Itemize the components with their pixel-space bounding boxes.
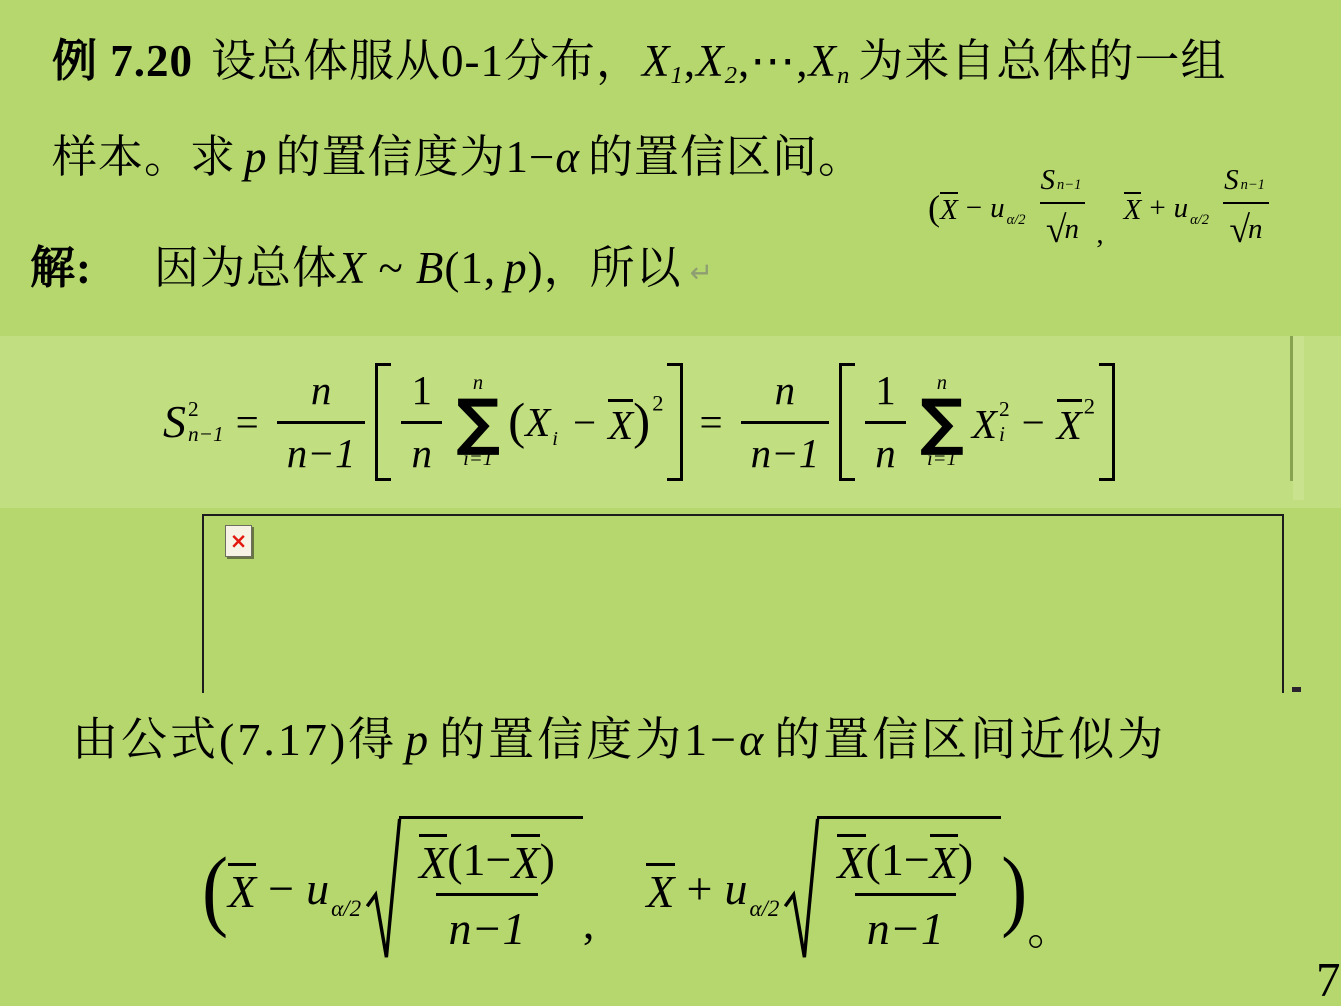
- comma: ,: [796, 36, 808, 86]
- math-sup-2: 2: [652, 393, 663, 416]
- minus-operator: −: [966, 194, 982, 223]
- math-var-u: u: [724, 866, 747, 912]
- fraction-denominator: √n: [1223, 202, 1268, 257]
- math-var-Xbar: X: [930, 834, 958, 886]
- math-sub-n-1: n−1: [188, 424, 224, 445]
- u-alpha-half: uα/2: [990, 194, 1028, 223]
- X-sub-i: Xi: [525, 402, 561, 443]
- close-paren: ): [633, 396, 650, 447]
- radical-sign: √: [1229, 206, 1250, 255]
- line2-text-b: 的置信度为: [276, 132, 506, 182]
- interval-formula-big: ( X − uα/2 X(1−X) n−1 , X + uα/2 X(1−X) …: [202, 816, 1073, 962]
- math-var-X: X: [972, 404, 997, 445]
- fraction-under-root: X(1−X) n−1: [825, 827, 985, 962]
- radical-sign-icon: [366, 816, 402, 962]
- equals-operator: =: [236, 402, 259, 443]
- fraction-denominator: √n: [1040, 202, 1085, 257]
- radicand: X(1−X) n−1: [817, 816, 1001, 962]
- math-var-Xbar: X: [608, 399, 633, 446]
- math-sub-i: i: [552, 429, 558, 450]
- line1-text-c: 为来自总体的一组: [858, 36, 1226, 86]
- line4-text-b: 的置信度为: [439, 714, 684, 765]
- u-alpha-half: uα/2: [306, 866, 364, 912]
- math-var-Xbar: X: [1057, 399, 1082, 446]
- math-var-Xbar: X: [940, 192, 958, 225]
- math-var-alpha: α: [739, 714, 766, 765]
- math-var-n: n: [1065, 211, 1080, 249]
- dash-artifact: [1292, 687, 1301, 692]
- math-var-B: B: [416, 243, 445, 293]
- math-var-Xbar: X: [837, 834, 865, 886]
- band-edge-artifact-light: [1293, 336, 1304, 500]
- fraction-denominator: n: [865, 421, 906, 483]
- math-var-X: X: [525, 402, 550, 443]
- slide-canvas: 例 7.20设总体服从0-1分布，X1,X2,⋯,Xn为来自总体的一组 样本。求…: [0, 0, 1341, 1006]
- fraction-denominator: n−1: [277, 421, 366, 483]
- math-var-u: u: [306, 866, 329, 912]
- right-bracket: [667, 363, 683, 481]
- u-alpha-half: uα/2: [724, 866, 782, 912]
- fraction-numerator: X(1−X): [825, 827, 985, 893]
- math-var-Xbar: X: [646, 863, 674, 915]
- radicand: X(1−X) n−1: [399, 816, 583, 962]
- math-sub-n: n: [837, 62, 850, 89]
- solution-line: 解:因为总体X~B(1,p)，所以↵: [30, 241, 714, 295]
- fraction-denominator: n−1: [436, 893, 537, 962]
- fraction-numerator: X(1−X): [407, 827, 567, 893]
- sup-sub-stack: 2i: [999, 399, 1010, 445]
- problem-statement-line1: 例 7.20设总体服从0-1分布，X1,X2,⋯,Xn为来自总体的一组: [52, 34, 1226, 91]
- fraction-numerator: n: [301, 361, 342, 420]
- line1-text-b: 分布，: [504, 36, 642, 86]
- solve-text-b: ，所以: [544, 243, 682, 293]
- fraction-numerator: n: [765, 361, 806, 420]
- S-squared-n-1: S2n−1: [163, 399, 224, 445]
- left-bracket: [375, 363, 391, 481]
- conclusion-line: 由公式(7.17)得p的置信度为1−α的置信区间近似为: [72, 712, 1166, 767]
- radical-sign: √: [1046, 206, 1067, 255]
- fraction-denominator: n−1: [741, 421, 830, 483]
- radical-sign-icon: [784, 816, 820, 962]
- fraction-denominator: n−1: [855, 893, 956, 962]
- page-number: 7: [1316, 955, 1341, 1004]
- math-var-p: p: [504, 243, 528, 293]
- math-sup-2: 2: [188, 399, 199, 420]
- math-sub-2: 2: [725, 62, 738, 89]
- fraction-S-over-sqrt-n: Sn−1 √n: [1035, 160, 1091, 257]
- solve-label: 解:: [30, 243, 92, 293]
- plus-operator: +: [687, 866, 713, 912]
- math-var-S: S: [1041, 162, 1056, 200]
- math-var-X: X: [642, 36, 671, 86]
- minus-operator: −: [1022, 402, 1045, 443]
- formula-band: S2n−1 = nn−1 1n n∑i=1 ( Xi − X )2 = nn−1…: [0, 336, 1341, 508]
- X-sub-i-squared: X2i: [972, 399, 1010, 445]
- math-var-p: p: [244, 132, 268, 182]
- math-var-X: X: [338, 243, 367, 293]
- solve-text-a: 因为总体: [154, 243, 338, 293]
- line2-text-a: 样本。求: [52, 132, 236, 182]
- missing-image-box[interactable]: ×: [202, 514, 1284, 693]
- math-sub-n-1: n−1: [1241, 176, 1265, 195]
- fraction-numerator: Sn−1: [1218, 160, 1274, 202]
- close-paren: ): [1001, 844, 1027, 934]
- math-sub-alpha-2: α/2: [749, 897, 779, 920]
- tilde-operator: ~: [379, 243, 404, 293]
- math-var-X: X: [809, 36, 838, 86]
- comma: ,: [684, 36, 696, 86]
- ellipsis: ⋯: [750, 36, 796, 86]
- band-edge-artifact-dark: [1290, 336, 1293, 481]
- example-label: 例 7.20: [52, 36, 193, 86]
- open-paren: (: [202, 844, 228, 934]
- equals-operator: =: [699, 402, 722, 443]
- math-var-Xbar: X: [1124, 192, 1142, 225]
- summation: n∑i=1: [456, 372, 500, 471]
- square-root: X(1−X) n−1: [784, 816, 1001, 962]
- math-var-u: u: [1174, 194, 1189, 223]
- line4-text-c: 的置信区间近似为: [774, 714, 1166, 765]
- line2-text-c: 的置信区间。: [588, 132, 864, 182]
- fraction-under-root: X(1−X) n−1: [407, 827, 567, 962]
- red-x-icon: ×: [230, 531, 248, 552]
- math-var-S: S: [163, 399, 186, 445]
- right-bracket: [1099, 363, 1115, 481]
- B-args-close: ): [528, 243, 544, 293]
- paren-one-minus: (1−: [866, 830, 930, 890]
- math-sub-alpha-2: α/2: [1190, 213, 1209, 228]
- math-var-p: p: [405, 714, 431, 765]
- sigma-icon: ∑: [920, 396, 964, 448]
- distribution-name: 0-1: [441, 36, 504, 86]
- math-var-u: u: [990, 194, 1005, 223]
- open-paren: (: [508, 396, 525, 447]
- math-sub-alpha-2: α/2: [331, 897, 361, 920]
- math-sub-n-1: n−1: [1057, 176, 1081, 195]
- sum-lower-limit: i=1: [927, 448, 957, 472]
- sum-lower-limit: i=1: [463, 448, 493, 472]
- math-var-Xbar: X: [511, 834, 539, 886]
- math-sub-1: 1: [671, 62, 684, 89]
- close-paren: ): [540, 830, 555, 890]
- line4-text-a: 由公式(7.17)得: [72, 714, 397, 765]
- math-sup-2: 2: [999, 399, 1010, 420]
- minus-operator: −: [573, 402, 596, 443]
- math-sup-2: 2: [1084, 395, 1095, 418]
- comma: ,: [1096, 220, 1103, 249]
- fraction-n-over-n-1: nn−1: [741, 361, 830, 483]
- comma: ,: [738, 36, 750, 86]
- fraction-numerator: Sn−1: [1035, 160, 1091, 202]
- u-alpha-half: uα/2: [1174, 194, 1212, 223]
- sample-variance-formula: S2n−1 = nn−1 1n n∑i=1 ( Xi − X )2 = nn−1…: [163, 361, 1119, 483]
- problem-statement-line2: 样本。求p的置信度为1−α的置信区间。: [52, 130, 864, 184]
- paren-one-minus: (1−: [447, 830, 511, 890]
- math-sub-i: i: [999, 424, 1005, 445]
- fraction-1-over-n: 1n: [865, 361, 906, 483]
- fraction-numerator: 1: [865, 361, 906, 420]
- fraction-1-over-n: 1n: [401, 361, 442, 483]
- square-root: X(1−X) n−1: [366, 816, 583, 962]
- fraction-numerator: 1: [401, 361, 442, 420]
- cjk-period: 。: [1027, 906, 1073, 952]
- line1-text-a: 设总体服从: [211, 36, 441, 86]
- paragraph-return-icon: ↵: [690, 256, 714, 289]
- math-var-Xbar: X: [228, 863, 256, 915]
- fraction-S-over-sqrt-n: Sn−1 √n: [1218, 160, 1274, 257]
- one-minus: 1−: [506, 132, 556, 182]
- fraction-n-over-n-1: nn−1: [277, 361, 366, 483]
- plus-operator: +: [1149, 194, 1165, 223]
- minus-operator: −: [268, 866, 294, 912]
- math-var-S: S: [1224, 162, 1239, 200]
- broken-image-icon: ×: [225, 525, 252, 557]
- Xbar-squared: X2: [1057, 399, 1095, 446]
- sup-sub-stack: 2n−1: [188, 399, 224, 445]
- comma: ,: [583, 900, 595, 946]
- one-minus: 1−: [684, 714, 739, 765]
- fraction-denominator: n: [401, 421, 442, 483]
- sigma-icon: ∑: [456, 396, 500, 448]
- math-var-X: X: [696, 36, 725, 86]
- B-args-open: (1,: [444, 243, 496, 293]
- close-paren-squared: )2: [633, 396, 663, 447]
- summation: n∑i=1: [920, 372, 964, 471]
- interval-formula-small: ( X − uα/2 Sn−1 √n , X + uα/2 Sn−1 √n: [928, 160, 1280, 257]
- open-paren: (: [928, 190, 940, 226]
- math-var-n: n: [1248, 211, 1263, 249]
- close-paren: ): [958, 830, 973, 890]
- math-var-alpha: α: [555, 132, 580, 182]
- math-var-Xbar: X: [419, 834, 447, 886]
- math-sub-alpha-2: α/2: [1007, 213, 1026, 228]
- left-bracket: [839, 363, 855, 481]
